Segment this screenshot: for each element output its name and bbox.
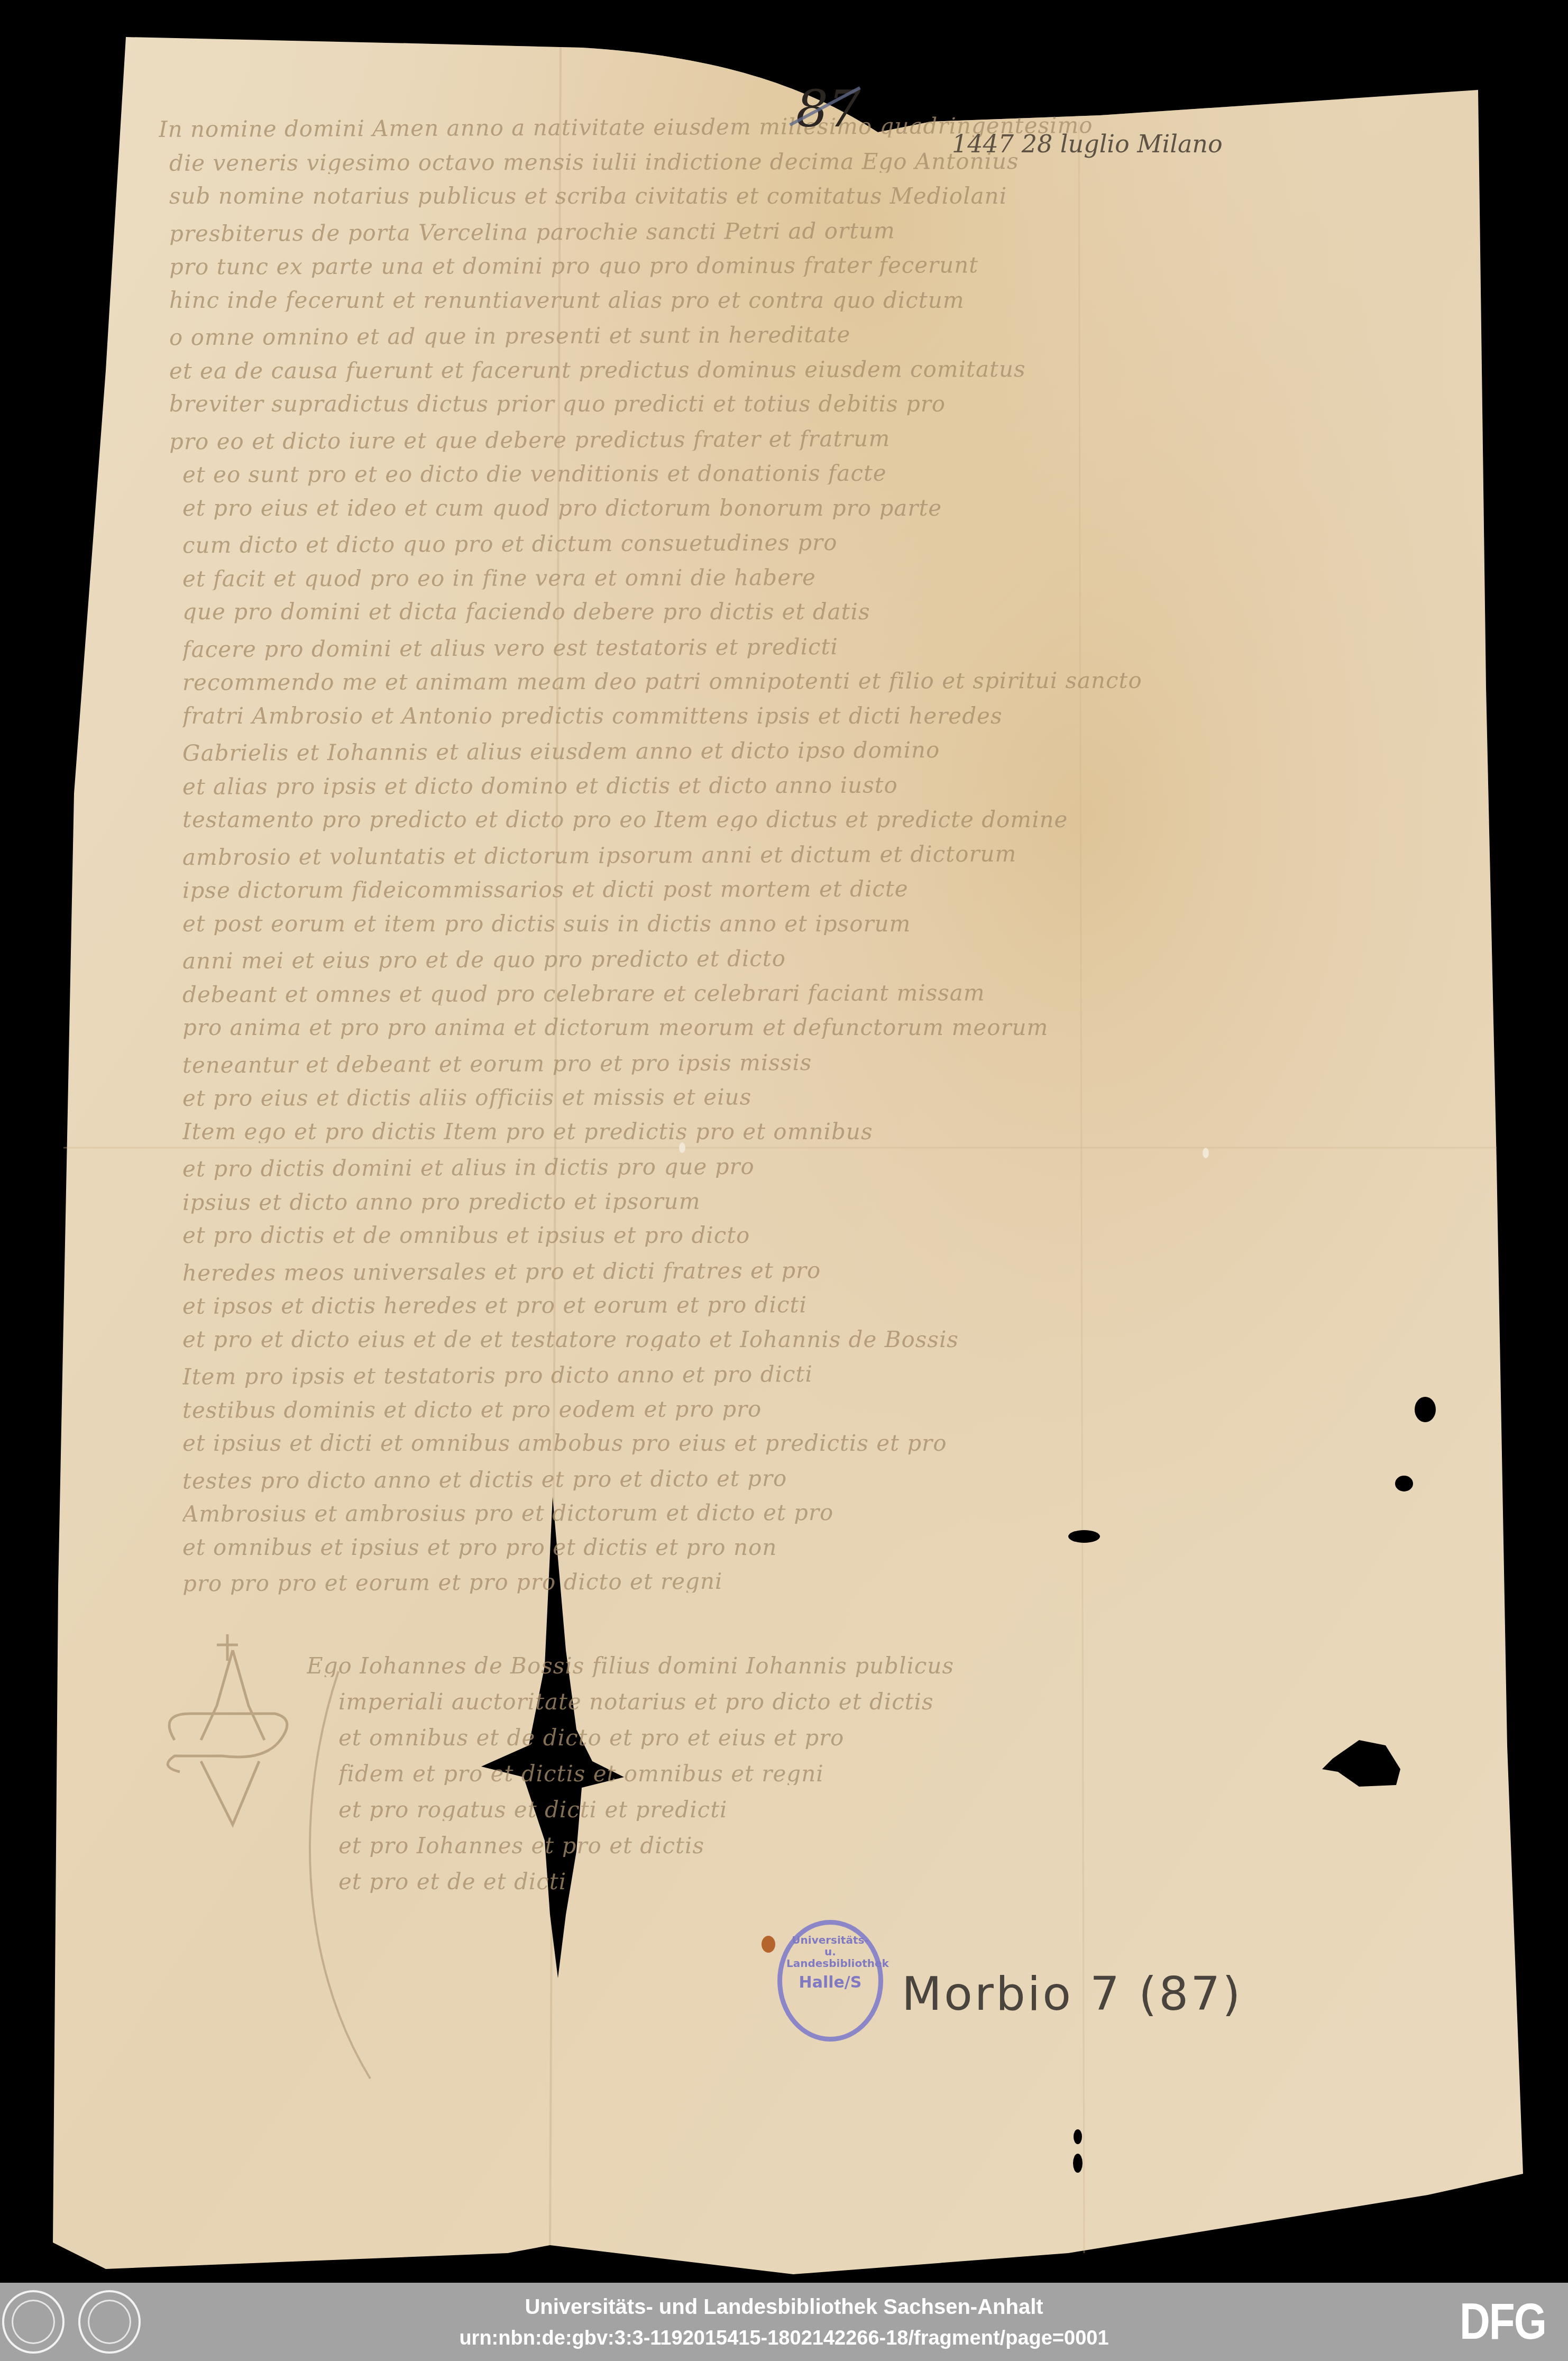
subscription-line: et pro Iohannes et pro et dictis	[338, 1833, 973, 1857]
manuscript-line: pro pro pro et eorum et pro pro dicto et…	[182, 1567, 1005, 1595]
manuscript-line: et pro et dicto eius et de et testatore …	[182, 1326, 1485, 1350]
hole	[1073, 2154, 1083, 2173]
manuscript-line: breviter supradictus dictus prior quo pr…	[169, 391, 1466, 415]
stamp-city: Halle/S	[782, 1973, 878, 1992]
manuscript-line: et facit et quod pro eo in fine vera et …	[182, 563, 1470, 590]
manuscript-line: que pro domini et dicta faciendo debere …	[182, 599, 1471, 623]
urn-identifier: urn:nbn:de:gbv:3:3-1192015415-1802142266…	[0, 2327, 1568, 2350]
manuscript-line: ipse dictorum fideicommissarios et dicti…	[182, 874, 1476, 902]
subscription-line: Ego Iohannes de Bossis filius domini Ioh…	[307, 1653, 1460, 1677]
manuscript-line: sub nomine notarius publicus et scriba c…	[169, 183, 1460, 207]
manuscript-line: debeant et omnes et quod pro celebrare e…	[182, 978, 1478, 1006]
hole	[1068, 1530, 1100, 1543]
manuscript-line: et ipsos et dictis heredes et pro et eor…	[182, 1290, 1484, 1317]
stamp-ring-text: Universitäts- u. Landesbibliothek	[786, 1934, 874, 1969]
library-stamp: Universitäts- u. Landesbibliothek Halle/…	[777, 1920, 883, 2042]
shelfmark: Morbio 7 (87)	[902, 1966, 1243, 2021]
manuscript-line: die veneris vigesimo octavo mensis iulii…	[169, 147, 1460, 175]
manuscript-line: et pro eius et dictis aliis officiis et …	[182, 1082, 1480, 1110]
dfg-logo: DFG	[1460, 2293, 1546, 2351]
subscription-line: et omnibus et de dicto et pro et eius et…	[338, 1725, 1491, 1749]
manuscript-line: fratri Ambrosio et Antonio predictis com…	[182, 702, 1473, 727]
red-wax-dot	[762, 1936, 775, 1953]
hole	[1074, 2129, 1082, 2144]
manuscript-line: testibus dominis et dicto et pro eodem e…	[182, 1394, 1487, 1422]
institution-name: Universitäts- und Landesbibliothek Sachs…	[0, 2295, 1568, 2319]
manuscript-line: testamento pro predicto et dicto pro eo …	[182, 807, 1475, 831]
image-viewer: In nomine domini Amen anno a nativitate …	[0, 0, 1568, 2283]
manuscript-line: Item ego et pro dictis Item pro et predi…	[182, 1118, 1481, 1142]
subscription-line: imperiali auctoritate notarius et pro di…	[338, 1689, 1491, 1713]
manuscript-line: recommendo me et animam meam deo patri o…	[182, 666, 1472, 694]
manuscript-line: et alias pro ipsis et dicto domino et di…	[182, 771, 1474, 798]
manuscript-line: pro tunc ex parte una et domini pro quo …	[169, 251, 1460, 278]
manuscript-line: et ea de causa fuerunt et facerunt predi…	[169, 355, 1466, 382]
manuscript-line: et ipsius et dicti et omnibus ambobus pr…	[182, 1430, 1487, 1454]
archival-date-note: 1447 28 luglio Milano	[952, 130, 1223, 158]
manuscript-line: et omnibus et ipsius et pro pro et dicti…	[182, 1534, 994, 1558]
manuscript-line: et eo sunt pro et eo dicto die vendition…	[182, 459, 1468, 486]
subscription-line: fidem et pro et dictis et omnibus et reg…	[338, 1761, 1491, 1785]
manuscript-line: et pro dictis et de omnibus et ipsius et…	[182, 1222, 1483, 1247]
manuscript-line: et pro eius et ideo et cum quod pro dict…	[182, 495, 1469, 519]
manuscript-line: ipsius et dicto anno pro predicto et ips…	[182, 1186, 1482, 1214]
manuscript-line: Ambrosius et ambrosius pro et dictorum e…	[182, 1498, 1489, 1525]
manuscript-line: hinc inde fecerunt et renuntiaverunt ali…	[169, 287, 1460, 311]
footer-bar: Universitäts- und Landesbibliothek Sachs…	[0, 2283, 1568, 2361]
subscription-line: et pro rogatus et dicti et predicti	[338, 1797, 1491, 1821]
manuscript-line: pro anima et pro pro anima et dictorum m…	[182, 1014, 1479, 1039]
folio-number: 87	[796, 79, 860, 139]
manuscript-line: et post eorum et item pro dictis suis in…	[182, 910, 1477, 935]
subscription-line: et pro et de et dicti	[338, 1869, 973, 1893]
